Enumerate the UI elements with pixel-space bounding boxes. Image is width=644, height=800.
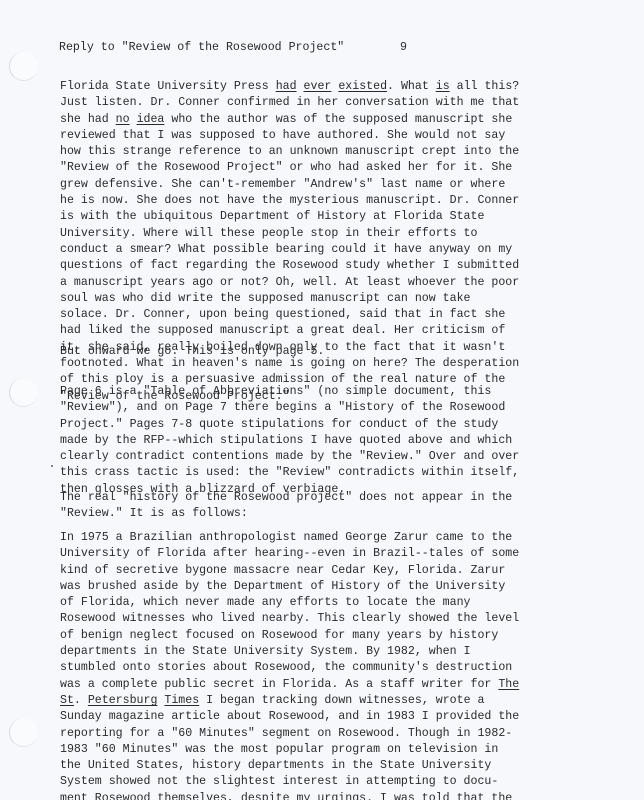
punch-hole (9, 378, 38, 407)
text-line: University. Where will these people stop… (60, 226, 519, 242)
text-line: Sunday magazine article about Rosewood, … (60, 709, 519, 725)
text-line: was a complete public secret in Florida.… (60, 677, 519, 693)
underlined-text: ever (304, 80, 332, 93)
text-line: clearly contradict contentions made by t… (60, 449, 519, 465)
text-segment: reporting for a "60 Minutes" segment on … (60, 727, 512, 740)
text-line: reviewed that I was supposed to have aut… (60, 128, 519, 144)
text-segment: this crass tactic is used: the "Review" … (60, 466, 519, 479)
text-line: St. Petersburg Times I began tracking do… (60, 693, 519, 709)
text-segment: who the author was of the supposed manus… (164, 113, 512, 126)
underlined-text: had (276, 80, 297, 93)
text-segment: "Review." It is as follows: (60, 507, 248, 520)
text-segment: questions of fact regarding the Rosewood… (60, 259, 519, 272)
text-line: this crass tactic is used: the "Review" … (60, 465, 519, 481)
text-line: the United States, history departments i… (60, 758, 519, 774)
text-segment: ment Rosewood themselves, despite my urg… (60, 792, 512, 800)
page-number: 9 (400, 41, 407, 54)
text-segment: is with the ubiquitous Department of His… (60, 210, 484, 223)
text-line: Florida State University Press had ever … (60, 79, 519, 95)
text-segment: a manuscript years ago or not? Oh, well.… (60, 276, 519, 289)
text-line: ment Rosewood themselves, despite my urg… (60, 791, 519, 800)
text-segment: 1983 "60 Minutes" was the most popular p… (60, 743, 498, 756)
text-line: is with the ubiquitous Department of His… (60, 209, 519, 225)
text-segment: soul was who did write the supposed manu… (60, 292, 471, 305)
underlined-text: Times (164, 694, 199, 707)
text-segment: System showed not the slightest interest… (60, 775, 498, 788)
underlined-text: The (498, 678, 519, 691)
text-line: In 1975 a Brazilian anthropologist named… (60, 530, 519, 546)
punch-hole (9, 718, 38, 747)
underlined-text: St (60, 694, 74, 707)
text-line: Project." Pages 7-8 quote stipulations f… (60, 417, 519, 433)
text-segment: Page 6 is a "Table of Abbreviations" (no… (60, 385, 491, 398)
paragraph: Page 6 is a "Table of Abbreviations" (no… (60, 384, 519, 498)
text-segment: "Review"), and on Page 7 there begins a … (60, 401, 505, 414)
text-line: of Florida, which never made any efforts… (60, 595, 519, 611)
text-segment: departments in the State University Syst… (60, 645, 471, 658)
text-segment: he is now. She does not have the mysteri… (60, 194, 519, 207)
text-line: Page 6 is a "Table of Abbreviations" (no… (60, 384, 519, 400)
text-line: kind of secretive bygone massacre near C… (60, 563, 519, 579)
underlined-text: is (436, 80, 450, 93)
text-line: he is now. She does not have the mysteri… (60, 193, 519, 209)
underlined-text: existed (338, 80, 387, 93)
text-segment: Sunday magazine article about Rosewood, … (60, 710, 519, 723)
text-segment: how this strange reference to an unknown… (60, 145, 519, 158)
text-segment: But onward we go. This is only page 5. (60, 345, 324, 358)
text-segment: "Review of the Rosewood Project" or who … (60, 161, 512, 174)
text-segment: Florida State University Press (60, 80, 276, 93)
text-segment: all this? (450, 80, 520, 93)
text-segment: of benign neglect focused on Rosewood fo… (60, 629, 498, 642)
text-line: But onward we go. This is only page 5. (60, 344, 324, 360)
stray-mark (51, 465, 53, 467)
paragraph: But onward we go. This is only page 5. (60, 344, 324, 360)
text-line: reporting for a "60 Minutes" segment on … (60, 726, 519, 742)
text-line: 1983 "60 Minutes" was the most popular p… (60, 742, 519, 758)
text-line: a manuscript years ago or not? Oh, well.… (60, 275, 519, 291)
text-segment: Project." Pages 7-8 quote stipulations f… (60, 418, 498, 431)
text-segment: reviewed that I was supposed to have aut… (60, 129, 505, 142)
text-segment: kind of secretive bygone massacre near C… (60, 564, 505, 577)
text-segment: the United States, history departments i… (60, 759, 491, 772)
text-segment: In 1975 a Brazilian anthropologist named… (60, 531, 512, 544)
text-segment: was brushed aside by the Department of H… (60, 580, 505, 593)
text-line: Rosewood witnesses who lived nearby. Thi… (60, 611, 519, 627)
text-segment: grew defensive. She can't-remember "Andr… (60, 178, 505, 191)
header-title: Reply to "Review of the Rosewood Project… (59, 41, 344, 54)
paragraph: The real "history of the Rosewood projec… (60, 490, 512, 523)
text-line: had liked the supposed manuscript a grea… (60, 323, 519, 339)
underlined-text: idea (137, 113, 165, 126)
text-line: "Review"), and on Page 7 there begins a … (60, 400, 519, 416)
underlined-text: Petersburg (88, 694, 158, 707)
text-line: solace. Dr. Conner, upon being questione… (60, 307, 519, 323)
text-line: "Review." It is as follows: (60, 506, 512, 522)
text-line: was brushed aside by the Department of H… (60, 579, 519, 595)
text-segment: had liked the supposed manuscript a grea… (60, 324, 505, 337)
text-segment: Just listen. Dr. Conner confirmed in her… (60, 96, 519, 109)
text-segment: made by the RFP--which stipulations I ha… (60, 434, 512, 447)
text-line: University of Florida after hearing--eve… (60, 546, 519, 562)
text-segment: . (74, 694, 88, 707)
page-header: Reply to "Review of the Rosewood Project… (59, 41, 407, 54)
text-line: she had no idea who the author was of th… (60, 112, 519, 128)
text-line: stumbled onto stories about Rosewood, th… (60, 660, 519, 676)
text-line: conduct a smear? What possible bearing c… (60, 242, 519, 258)
text-segment: she had (60, 113, 116, 126)
text-line: System showed not the slightest interest… (60, 774, 519, 790)
text-line: soul was who did write the supposed manu… (60, 291, 519, 307)
text-segment: of Florida, which never made any efforts… (60, 596, 471, 609)
text-segment (297, 80, 304, 93)
punch-hole (9, 52, 38, 81)
text-segment: University of Florida after hearing--eve… (60, 547, 519, 560)
text-line: grew defensive. She can't-remember "Andr… (60, 177, 519, 193)
text-segment: I began tracking down witnesses, wrote a (199, 694, 484, 707)
text-line: questions of fact regarding the Rosewood… (60, 258, 519, 274)
text-segment: . What (387, 80, 436, 93)
text-line: of benign neglect focused on Rosewood fo… (60, 628, 519, 644)
text-segment: solace. Dr. Conner, upon being questione… (60, 308, 505, 321)
text-line: "Review of the Rosewood Project" or who … (60, 160, 519, 176)
text-segment (130, 113, 137, 126)
text-line: departments in the State University Syst… (60, 644, 519, 660)
text-line: how this strange reference to an unknown… (60, 144, 519, 160)
text-segment: conduct a smear? What possible bearing c… (60, 243, 512, 256)
text-line: The real "history of the Rosewood projec… (60, 490, 512, 506)
underlined-text: no (116, 113, 130, 126)
text-segment: clearly contradict contentions made by t… (60, 450, 519, 463)
text-line: made by the RFP--which stipulations I ha… (60, 433, 519, 449)
text-segment: was a complete public secret in Florida.… (60, 678, 498, 691)
text-segment: The real "history of the Rosewood projec… (60, 491, 512, 504)
paragraph: In 1975 a Brazilian anthropologist named… (60, 530, 519, 800)
text-segment: Rosewood witnesses who lived nearby. Thi… (60, 612, 519, 625)
text-line: Just listen. Dr. Conner confirmed in her… (60, 95, 519, 111)
text-segment: University. Where will these people stop… (60, 227, 477, 240)
text-segment: stumbled onto stories about Rosewood, th… (60, 661, 512, 674)
